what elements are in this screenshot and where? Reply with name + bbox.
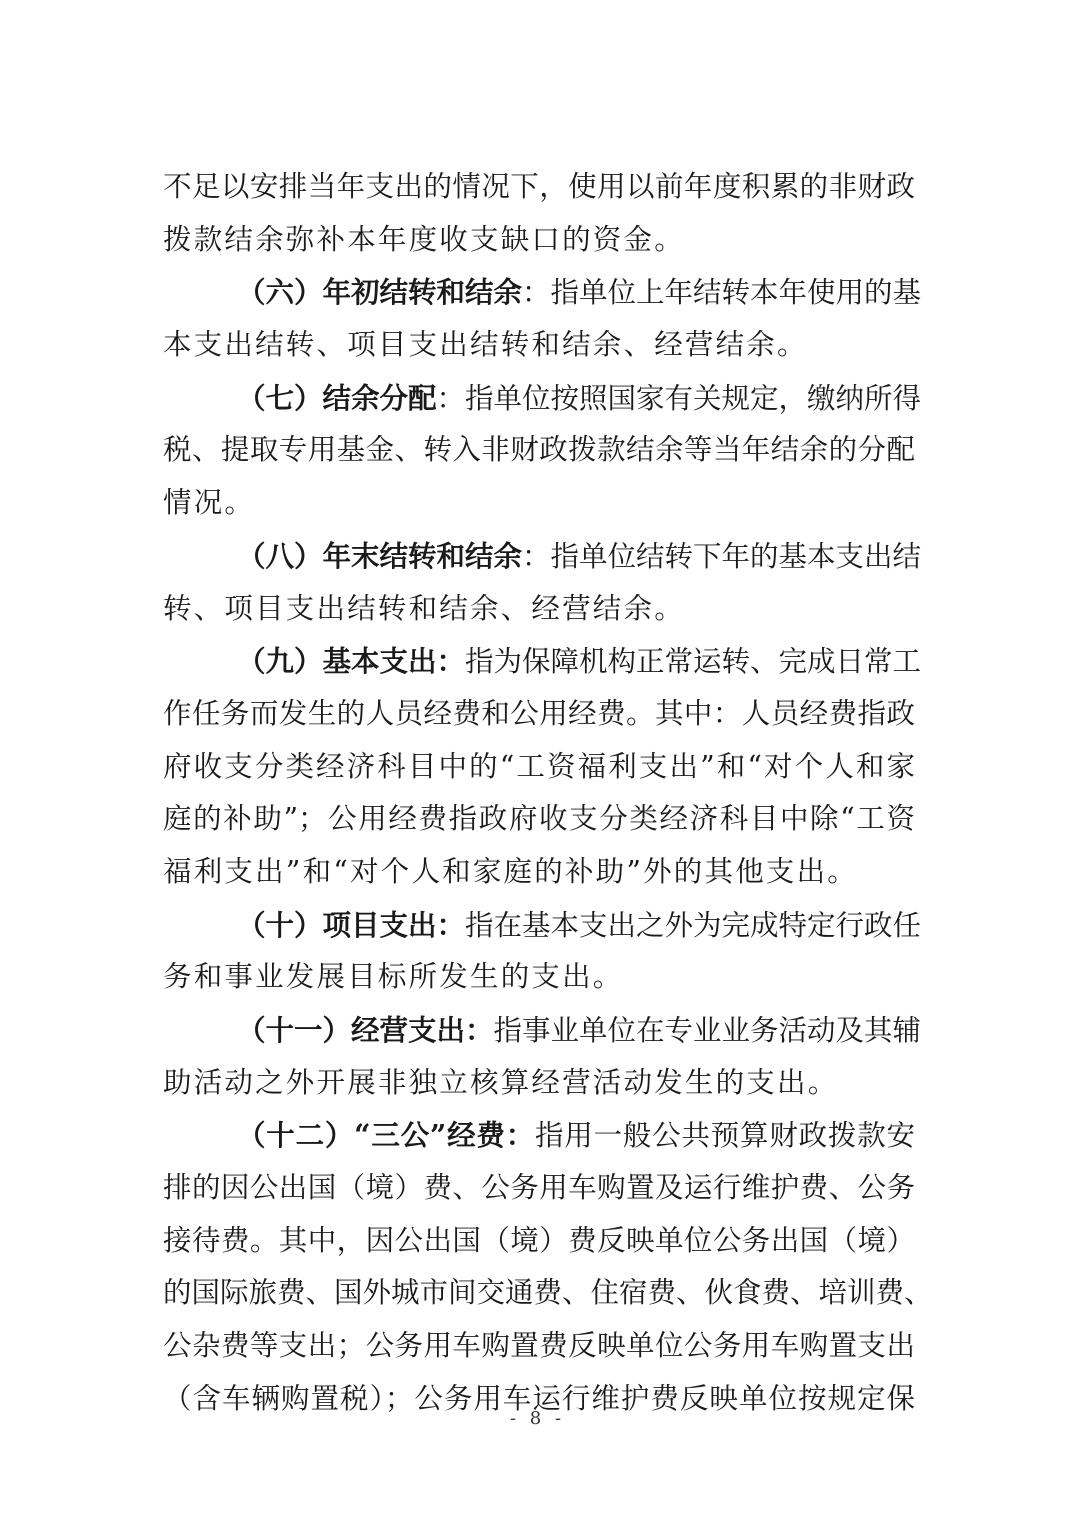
text-line: 税、提取专用基金、转入非财政拨款结余等当年结余的分配 (163, 424, 915, 477)
term-label: （六）年初结转和结余 (237, 275, 522, 309)
text-line: 的国际旅费、国外城市间交通费、住宿费、伙食费、培训费、 (163, 1267, 915, 1320)
text-line: 接待费。其中，因公出国（境）费反映单位公务出国（境） (163, 1215, 915, 1268)
definition-text: 指事业单位在专业业务活动及其辅 (494, 1014, 922, 1047)
term-label: （十）项目支出： (237, 908, 465, 942)
text-line: 府收支分类经济科目中的“工资福利支出”和“对个人和家 (163, 741, 915, 794)
text-line: 务和事业发展目标所发生的支出。 (163, 951, 915, 1004)
term-label: （八）年末结转和结余 (237, 539, 522, 573)
text-line: 作任务而发生的人员经费和公用经费。其中：人员经费指政 (163, 688, 915, 741)
text-line: 不足以安排当年支出的情况下，使用以前年度积累的非财政 (163, 161, 915, 214)
text-line: 助活动之外开展非独立核算经营活动发生的支出。 (163, 1057, 915, 1110)
document-page: 不足以安排当年支出的情况下，使用以前年度积累的非财政 拨款结余弥补本年度收支缺口… (0, 0, 1075, 1520)
paragraph-heading-line: （十二）“三公”经费：指用一般公共预算财政拨款安 (163, 1109, 915, 1162)
text-line: 排的因公出国（境）费、公务用车购置及运行维护费、公务 (163, 1162, 915, 1215)
paragraph-heading-line: （十）项目支出：指在基本支出之外为完成特定行政任 (163, 899, 915, 952)
text-line: 庭的补助”；公用经费指政府收支分类经济科目中除“工资 (163, 793, 915, 846)
text-line: 拨款结余弥补本年度收支缺口的资金。 (163, 214, 915, 267)
page-number: - 8 - (0, 1408, 1075, 1429)
term-label: （九）基本支出： (237, 644, 465, 678)
document-body: 不足以安排当年支出的情况下，使用以前年度积累的非财政 拨款结余弥补本年度收支缺口… (163, 161, 915, 1426)
term-label: （十一）经营支出： (237, 1013, 494, 1047)
definition-text: 指用一般公共预算财政拨款安 (535, 1119, 915, 1152)
text-line: 本支出结转、项目支出结转和结余、经营结余。 (163, 319, 915, 372)
term-label: （七）结余分配 (237, 381, 437, 415)
paragraph-heading-line: （六）年初结转和结余：指单位上年结转本年使用的基 (163, 266, 915, 319)
definition-text: ：指单位上年结转本年使用的基 (522, 276, 921, 309)
text-line: 福利支出”和“对个人和家庭的补助”外的其他支出。 (163, 846, 915, 899)
text-line: 情况。 (163, 477, 915, 530)
paragraph-heading-line: （九）基本支出：指为保障机构正常运转、完成日常工 (163, 635, 915, 688)
text-line: 公杂费等支出；公务用车购置费反映单位公务用车购置支出 (163, 1320, 915, 1373)
text-line: 转、项目支出结转和结余、经营结余。 (163, 583, 915, 636)
paragraph-heading-line: （十一）经营支出：指事业单位在专业业务活动及其辅 (163, 1004, 915, 1057)
definition-text: 指在基本支出之外为完成特定行政任 (465, 909, 921, 942)
term-label: （十二）“三公”经费： (237, 1118, 535, 1152)
definition-text: ：指单位结转下年的基本支出结 (522, 540, 921, 573)
paragraph-heading-line: （八）年末结转和结余：指单位结转下年的基本支出结 (163, 530, 915, 583)
paragraph-heading-line: （七）结余分配：指单位按照国家有关规定，缴纳所得 (163, 372, 915, 425)
definition-text: ：指单位按照国家有关规定，缴纳所得 (437, 382, 922, 415)
definition-text: 指为保障机构正常运转、完成日常工 (465, 645, 921, 678)
